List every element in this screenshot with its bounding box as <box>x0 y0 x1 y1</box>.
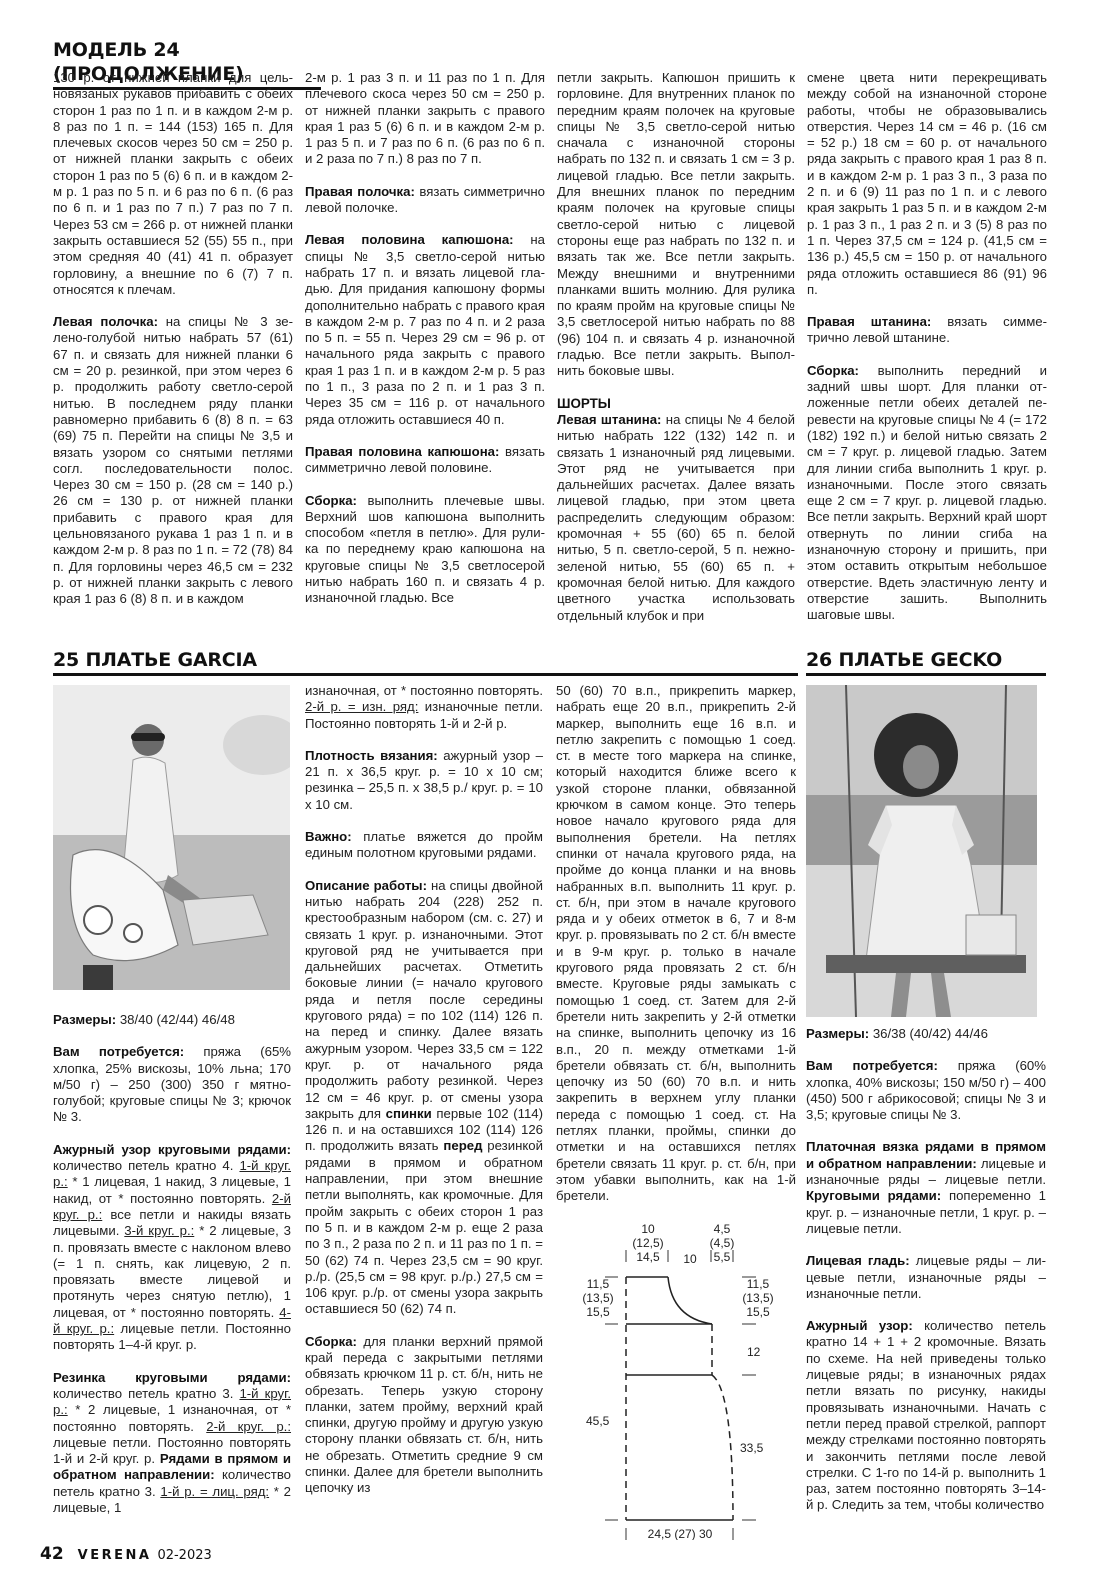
lace-text: количество петель кратно 4. <box>53 1158 239 1173</box>
sizes-label: Размеры: <box>53 1012 116 1027</box>
description-label: Описание работы: <box>305 878 427 893</box>
rib-row-2-label: 2-й р. = изн. ряд: <box>305 699 418 714</box>
important-label: Важно: <box>305 829 352 844</box>
left-front-label: Левая полочка: <box>53 314 158 329</box>
model25-lace-pattern: Ажурный узор круговыми ряда­ми: количест… <box>53 1142 291 1354</box>
rib-label: Резинка круговыми рядами: <box>53 1370 291 1385</box>
model25-rib-pattern: Резинка круговыми рядами: количество пет… <box>53 1370 291 1517</box>
rib-row-1-label: 1-й р. = лиц. ряд: <box>160 1484 269 1499</box>
top-middle-width: 10 <box>683 1252 697 1266</box>
armhole-height-right-1: 11,5 <box>747 1277 770 1291</box>
page-footer: 42 VERENA 02-2023 <box>40 1544 212 1564</box>
model26-column: Размеры: 36/38 (40/42) 44/46 Вам потребу… <box>806 1026 1046 1514</box>
model25-column-2: изнаночная, от * постоянно повто­рять. 2… <box>305 683 543 1497</box>
model25-description: Описание работы: на спицы двой­ной нитью… <box>305 878 543 1318</box>
materials-label: Вам потребуется: <box>806 1058 938 1073</box>
model25-sizes: Размеры: 38/40 (42/44) 46/48 <box>53 1012 291 1028</box>
model24-col4-paragraph: смене цвета нити перекрещивать между соб… <box>807 70 1047 298</box>
page-number: 42 <box>40 1544 64 1564</box>
lace-label: Ажурный узор: <box>806 1318 913 1333</box>
rib-height-label: 12 <box>747 1345 761 1359</box>
woman-on-scooter-image <box>53 685 290 990</box>
left-hood-text: на спицы № 3,5 светло-серой нитью набрат… <box>305 232 545 426</box>
rib-round-2-label: 2-й круг. р.: <box>206 1419 291 1434</box>
model26-stockinette: Лицевая гладь: лицевые ряды – ли­цевые п… <box>806 1253 1046 1302</box>
model24-column-3: петли закрыть. Капюшон пришить к горлови… <box>557 70 795 624</box>
lace-text: количество петель кратно 14 + 1 + 2 кром… <box>806 1318 1046 1512</box>
stockinette-label: Лицевая гладь: <box>806 1253 910 1268</box>
sizes-value: 36/38 (40/42) 44/46 <box>869 1026 988 1041</box>
rib-text: изнаночная, от * постоянно повто­рять. <box>305 683 543 698</box>
model25-column-1: Размеры: 38/40 (42/44) 46/48 Вам потребу… <box>53 1012 291 1516</box>
model25-gauge: Плотность вязания: ажурный узор – 21 п. … <box>305 748 543 813</box>
model24-column-1: 130 р. от нижней планки для цель­новязан… <box>53 70 293 608</box>
model25-rib-continuation: изнаночная, от * постоянно повто­рять. 2… <box>305 683 543 732</box>
armhole-height-left-2: (13,5) <box>582 1291 613 1305</box>
model26-sizes: Размеры: 36/38 (40/42) 44/46 <box>806 1026 1046 1042</box>
gauge-label: Плотность вязания: <box>305 748 438 763</box>
shorts-assembly-text: выполнить передний и задний швы шорт. Дл… <box>807 363 1047 622</box>
right-leg-paragraph: Правая штанина: вязать симме­трично лево… <box>807 314 1047 347</box>
top-left-width-3: 14,5 <box>636 1250 660 1264</box>
model26-heading: 26 ПЛАТЬЕ GECKO <box>806 648 1046 676</box>
left-front-text: на спицы № 3 зе­лено-голубой нитью набра… <box>53 314 293 606</box>
top-right-width-1: 4,5 <box>714 1222 731 1236</box>
rib-text: количество петель кратно 3. <box>53 1386 239 1401</box>
top-right-width-3: 5,5 <box>714 1250 731 1264</box>
assembly-label: Сборка: <box>305 1334 357 1349</box>
materials-label: Вам потребуется: <box>53 1044 184 1059</box>
model26-garter-stitch: Платочная вязка рядами в пря­мом и обрат… <box>806 1139 1046 1237</box>
skirt-height-label: 33,5 <box>740 1441 764 1455</box>
model24-col3-paragraph: петли закрыть. Капюшон пришить к горлови… <box>557 70 795 380</box>
top-right-width-2: (4,5) <box>710 1236 735 1250</box>
right-hood-paragraph: Правая половина капюшона: вя­зать симмет… <box>305 444 545 477</box>
lace-pattern-label: Ажурный узор круговыми ряда­ми: <box>53 1142 291 1157</box>
model24-assembly-paragraph: Сборка: выполнить плечевые швы. Верхний … <box>305 493 545 607</box>
top-left-width-2: (12,5) <box>632 1236 663 1250</box>
left-leg-label: Левая штанина: <box>557 412 661 427</box>
armhole-height-right-3: 15,5 <box>746 1305 770 1319</box>
model24-col1-paragraph: 130 р. от нижней планки для цель­новязан… <box>53 70 293 298</box>
model26-lace-pattern: Ажурный узор: количество петель кратно 1… <box>806 1318 1046 1514</box>
model26-materials: Вам потребуется: пряжа (60% хлопка, 40% … <box>806 1058 1046 1123</box>
sizes-value: 38/40 (42/44) 46/48 <box>116 1012 235 1027</box>
woman-on-swing-image <box>806 685 1037 1017</box>
shorts-assembly-paragraph: Сборка: выполнить передний и задний швы … <box>807 363 1047 624</box>
right-front-label: Правая полочка: <box>305 184 415 199</box>
bottom-width-label: 24,5 (27) 30 <box>648 1527 713 1540</box>
model25-heading: 25 ПЛАТЬЕ GARCIA <box>53 648 798 676</box>
assembly-label: Сборка: <box>305 493 357 508</box>
model24-col2-paragraph: 2-м р. 1 раз 3 п. и 11 раз по 1 п. Для п… <box>305 70 545 168</box>
armhole-height-left-3: 15,5 <box>586 1305 610 1319</box>
model26-photo <box>806 685 1037 1017</box>
model25-assembly: Сборка: для планки верхний пря­мой край … <box>305 1334 543 1497</box>
right-hood-label: Правая половина капюшона: <box>305 444 499 459</box>
model24-left-front-paragraph: Левая полочка: на спицы № 3 зе­лено-голу… <box>53 314 293 607</box>
front-label: перед <box>443 1138 482 1153</box>
back-label: спинки <box>386 1106 432 1121</box>
right-front-paragraph: Правая полочка: вязать симме­трично лево… <box>305 184 545 217</box>
left-hood-label: Левая половина капюшона: <box>305 232 514 247</box>
left-leg-paragraph: Левая штанина: на спицы № 4 бе­лой нитью… <box>557 412 795 624</box>
right-leg-label: Правая штанина: <box>807 314 931 329</box>
dress-pattern-schematic: 10 (12,5) 14,5 10 4,5 (4,5) 5,5 11,5 (13… <box>560 1210 800 1540</box>
model24-column-4: смене цвета нити перекрещивать между соб… <box>807 70 1047 624</box>
magazine-name: VERENA <box>78 1548 152 1563</box>
lace-text: * 1 лицевая, 1 накид, 3 ли­цевые, 1 наки… <box>53 1174 291 1205</box>
garter-round-label: Круговыми рядами: <box>806 1188 941 1203</box>
top-left-width-1: 10 <box>641 1222 655 1236</box>
description-text: резинкой рядами в прямом и обратном напр… <box>305 1138 543 1316</box>
model25-materials: Вам потребуется: пряжа (65% хлопка, 25% … <box>53 1044 291 1125</box>
total-lower-height-label: 45,5 <box>586 1414 610 1428</box>
model25-photo <box>53 685 290 990</box>
model24-column-2: 2-м р. 1 раз 3 п. и 11 раз по 1 п. Для п… <box>305 70 545 607</box>
left-leg-text: на спицы № 4 бе­лой нитью набрать 122 (1… <box>557 412 795 623</box>
model25-straps-paragraph: 50 (60) 70 в.п., прикрепить маркер, набр… <box>556 683 796 1205</box>
sizes-label: Размеры: <box>806 1026 869 1041</box>
armhole-height-right-2: (13,5) <box>742 1291 773 1305</box>
assembly-text: выполнить плечевые швы. Верхний шов капю… <box>305 493 545 606</box>
model25-important: Важно: платье вяжется до пройм единым по… <box>305 829 543 862</box>
description-text: на спицы двой­ной нитью набрать 204 (228… <box>305 878 543 1121</box>
assembly-text: для планки верхний пря­мой край переда с… <box>305 1334 543 1496</box>
round-3-label: 3-й круг. р.: <box>124 1223 194 1238</box>
shorts-assembly-label: Сборка: <box>807 363 859 378</box>
model25-column-3: 50 (60) 70 в.п., прикрепить маркер, набр… <box>556 683 796 1205</box>
left-hood-paragraph: Левая половина капюшона: на спицы № 3,5 … <box>305 232 545 428</box>
shorts-subheading: ШОРТЫ <box>557 396 795 412</box>
armhole-height-left-1: 11,5 <box>587 1277 610 1291</box>
issue-number: 02-2023 <box>157 1548 211 1563</box>
